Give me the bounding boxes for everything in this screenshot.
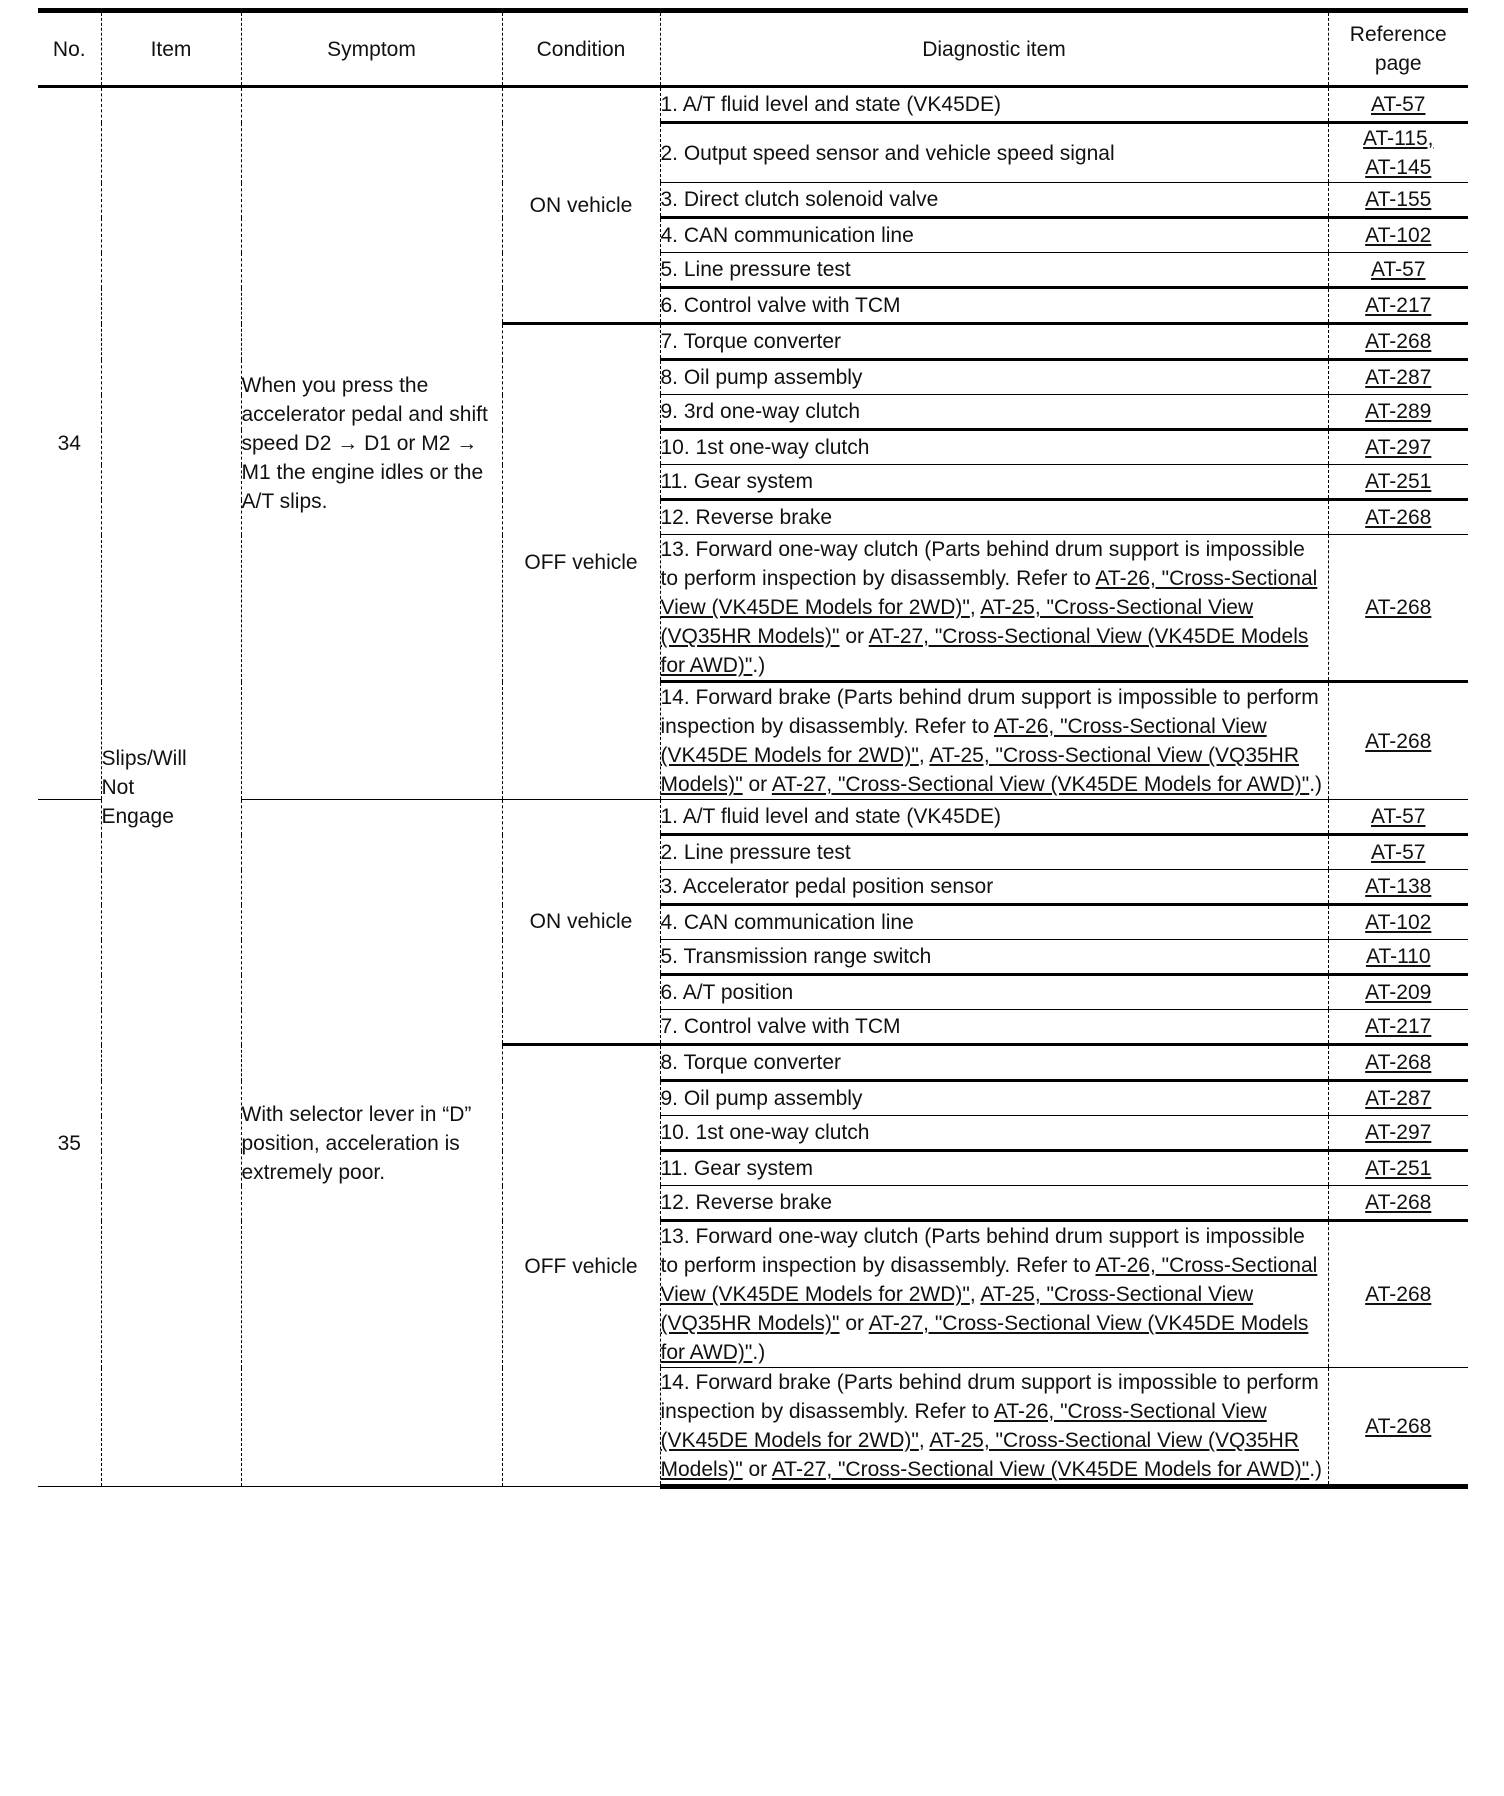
diagnostic-item: 12. Reverse brake <box>660 1186 1328 1221</box>
diagnostic-item: 11. Gear system <box>660 465 1328 500</box>
condition-cell: OFF vehicle <box>502 1045 660 1487</box>
reference-page-cell: AT-110 <box>1328 940 1468 975</box>
diagnostic-item: 8. Oil pump assembly <box>660 360 1328 395</box>
reference-page-link[interactable]: AT-268 <box>1365 503 1431 532</box>
reference-page-cell: AT-287 <box>1328 360 1468 395</box>
reference-page-cell: AT-268 <box>1328 500 1468 535</box>
condition-cell: ON vehicle <box>502 800 660 1045</box>
reference-page-link[interactable]: AT-138 <box>1365 872 1431 901</box>
reference-page-link[interactable]: AT-102 <box>1365 221 1431 250</box>
reference-page-link[interactable]: AT-297 <box>1365 1118 1431 1147</box>
diagnostic-table: No. Item Symptom Condition Diagnostic it… <box>38 8 1468 1489</box>
diagnostic-item: 9. 3rd one-way clutch <box>660 395 1328 430</box>
reference-page-link[interactable]: AT-268 <box>1365 327 1431 356</box>
condition-cell: ON vehicle <box>502 87 660 324</box>
reference-page-cell: AT-217 <box>1328 1010 1468 1045</box>
reference-page-link[interactable]: AT-287 <box>1365 363 1431 392</box>
reference-page-link[interactable]: AT-115, <box>1363 124 1433 153</box>
reference-page-link[interactable]: AT-145 <box>1365 153 1431 182</box>
reference-page-link[interactable]: AT-155 <box>1365 185 1431 214</box>
reference-page-link[interactable]: AT-268 <box>1365 593 1431 622</box>
diagnostic-text: , <box>970 1283 981 1306</box>
symptom-cell: When you press the accelerator pedal and… <box>241 87 502 800</box>
reference-page-link[interactable]: AT-251 <box>1365 467 1431 496</box>
reference-page-cell: AT-268 <box>1328 682 1468 800</box>
reference-link[interactable]: AT-27, "Cross-Sectional View (VK45DE Mod… <box>772 1458 1309 1481</box>
reference-page-link[interactable]: AT-268 <box>1365 727 1431 756</box>
reference-page-cell: AT-268 <box>1328 1045 1468 1081</box>
diagnostic-text: , <box>919 744 930 767</box>
symptom-cell: With selector lever in “D” position, acc… <box>241 800 502 1487</box>
table-body: 34Slips/Will Not EngageWhen you press th… <box>38 87 1468 1487</box>
diagnostic-item: 11. Gear system <box>660 1151 1328 1186</box>
item-label: Slips/Will Not Engage <box>102 744 194 831</box>
diagnostic-text: , <box>970 596 981 619</box>
reference-page-cell: AT-115,AT-145 <box>1328 123 1468 183</box>
header-reference-page: Reference page <box>1328 11 1468 87</box>
reference-page-cell: AT-217 <box>1328 288 1468 324</box>
reference-page-cell: AT-209 <box>1328 975 1468 1010</box>
item-cell: Slips/Will Not Engage <box>101 87 241 1487</box>
diagnostic-item: 13. Forward one-way clutch (Parts behind… <box>660 535 1328 682</box>
diagnostic-text: .) <box>752 1341 765 1364</box>
header-condition: Condition <box>502 11 660 87</box>
reference-page-cell: AT-102 <box>1328 905 1468 940</box>
diagnostic-text: or <box>743 1458 772 1481</box>
reference-page-cell: AT-268 <box>1328 1186 1468 1221</box>
reference-page-link[interactable]: AT-289 <box>1365 397 1431 426</box>
reference-page-cell: AT-268 <box>1328 324 1468 360</box>
diagnostic-item: 8. Torque converter <box>660 1045 1328 1081</box>
reference-page-cell: AT-297 <box>1328 1116 1468 1151</box>
table-row: 34Slips/Will Not EngageWhen you press th… <box>38 87 1468 123</box>
reference-page-cell: AT-102 <box>1328 218 1468 253</box>
header-item: Item <box>101 11 241 87</box>
diagnostic-text: , <box>919 1429 930 1452</box>
reference-page-cell: AT-57 <box>1328 253 1468 288</box>
reference-page-link[interactable]: AT-57 <box>1371 838 1425 867</box>
reference-page-cell: AT-57 <box>1328 87 1468 123</box>
reference-link[interactable]: AT-27, "Cross-Sectional View (VK45DE Mod… <box>772 773 1309 796</box>
diagnostic-text: or <box>840 1312 869 1335</box>
diagnostic-text: or <box>743 773 772 796</box>
row-number: 35 <box>38 800 101 1487</box>
diagnostic-item: 6. Control valve with TCM <box>660 288 1328 324</box>
diagnostic-item: 3. Accelerator pedal position sensor <box>660 870 1328 905</box>
diagnostic-item: 7. Torque converter <box>660 324 1328 360</box>
reference-page-cell: AT-251 <box>1328 465 1468 500</box>
diagnostic-item: 5. Transmission range switch <box>660 940 1328 975</box>
table-header-row: No. Item Symptom Condition Diagnostic it… <box>38 11 1468 87</box>
reference-page-link[interactable]: AT-251 <box>1365 1154 1431 1183</box>
reference-page-link[interactable]: AT-217 <box>1365 1012 1431 1041</box>
reference-page-link[interactable]: AT-268 <box>1365 1048 1431 1077</box>
reference-page-link[interactable]: AT-102 <box>1365 908 1431 937</box>
reference-page-link[interactable]: AT-57 <box>1371 255 1425 284</box>
reference-page-cell: AT-268 <box>1328 1221 1468 1368</box>
reference-page-link[interactable]: AT-268 <box>1365 1188 1431 1217</box>
diagnostic-item: 10. 1st one-way clutch <box>660 430 1328 465</box>
reference-page-link[interactable]: AT-297 <box>1365 433 1431 462</box>
diagnostic-item: 14. Forward brake (Parts behind drum sup… <box>660 682 1328 800</box>
diagnostic-item: 2. Line pressure test <box>660 835 1328 870</box>
reference-page-link[interactable]: AT-268 <box>1365 1412 1431 1441</box>
diagnostic-item: 1. A/T fluid level and state (VK45DE) <box>660 87 1328 123</box>
reference-page-link[interactable]: AT-57 <box>1371 802 1425 831</box>
reference-page-cell: AT-138 <box>1328 870 1468 905</box>
diagnostic-item: 9. Oil pump assembly <box>660 1081 1328 1116</box>
diagnostic-item: 13. Forward one-way clutch (Parts behind… <box>660 1221 1328 1368</box>
reference-page-cell: AT-297 <box>1328 430 1468 465</box>
diagnostic-item: 1. A/T fluid level and state (VK45DE) <box>660 800 1328 835</box>
diagnostic-text: .) <box>1309 773 1322 796</box>
reference-page-link[interactable]: AT-209 <box>1365 978 1431 1007</box>
condition-cell: OFF vehicle <box>502 324 660 800</box>
diagnostic-item: 2. Output speed sensor and vehicle speed… <box>660 123 1328 183</box>
reference-page-link[interactable]: AT-268 <box>1365 1280 1431 1309</box>
reference-page-cell: AT-155 <box>1328 183 1468 218</box>
diagnostic-item: 10. 1st one-way clutch <box>660 1116 1328 1151</box>
reference-page-link[interactable]: AT-217 <box>1365 291 1431 320</box>
table-row: 35With selector lever in “D” position, a… <box>38 800 1468 835</box>
diagnostic-item: 4. CAN communication line <box>660 218 1328 253</box>
diagnostic-item: 4. CAN communication line <box>660 905 1328 940</box>
reference-page-cell: AT-57 <box>1328 835 1468 870</box>
reference-page-cell: AT-268 <box>1328 535 1468 682</box>
diagnostic-item: 7. Control valve with TCM <box>660 1010 1328 1045</box>
header-no: No. <box>38 11 101 87</box>
reference-page-link[interactable]: AT-287 <box>1365 1084 1431 1113</box>
diagnostic-item: 5. Line pressure test <box>660 253 1328 288</box>
reference-page-cell: AT-268 <box>1328 1368 1468 1487</box>
reference-page-cell: AT-57 <box>1328 800 1468 835</box>
diagnostic-item: 12. Reverse brake <box>660 500 1328 535</box>
diagnostic-text: or <box>840 625 869 648</box>
reference-page-cell: AT-289 <box>1328 395 1468 430</box>
reference-page-cell: AT-287 <box>1328 1081 1468 1116</box>
diagnostic-item: 3. Direct clutch solenoid valve <box>660 183 1328 218</box>
diagnostic-text: .) <box>1309 1458 1322 1481</box>
header-diagnostic-item: Diagnostic item <box>660 11 1328 87</box>
reference-page-link[interactable]: AT-110 <box>1366 942 1431 971</box>
header-symptom: Symptom <box>241 11 502 87</box>
diagnostic-item: 14. Forward brake (Parts behind drum sup… <box>660 1368 1328 1487</box>
row-number: 34 <box>38 87 101 800</box>
diagnostic-text: .) <box>752 654 765 677</box>
reference-page-cell: AT-251 <box>1328 1151 1468 1186</box>
diagnostic-item: 6. A/T position <box>660 975 1328 1010</box>
reference-page-link[interactable]: AT-57 <box>1371 90 1425 119</box>
